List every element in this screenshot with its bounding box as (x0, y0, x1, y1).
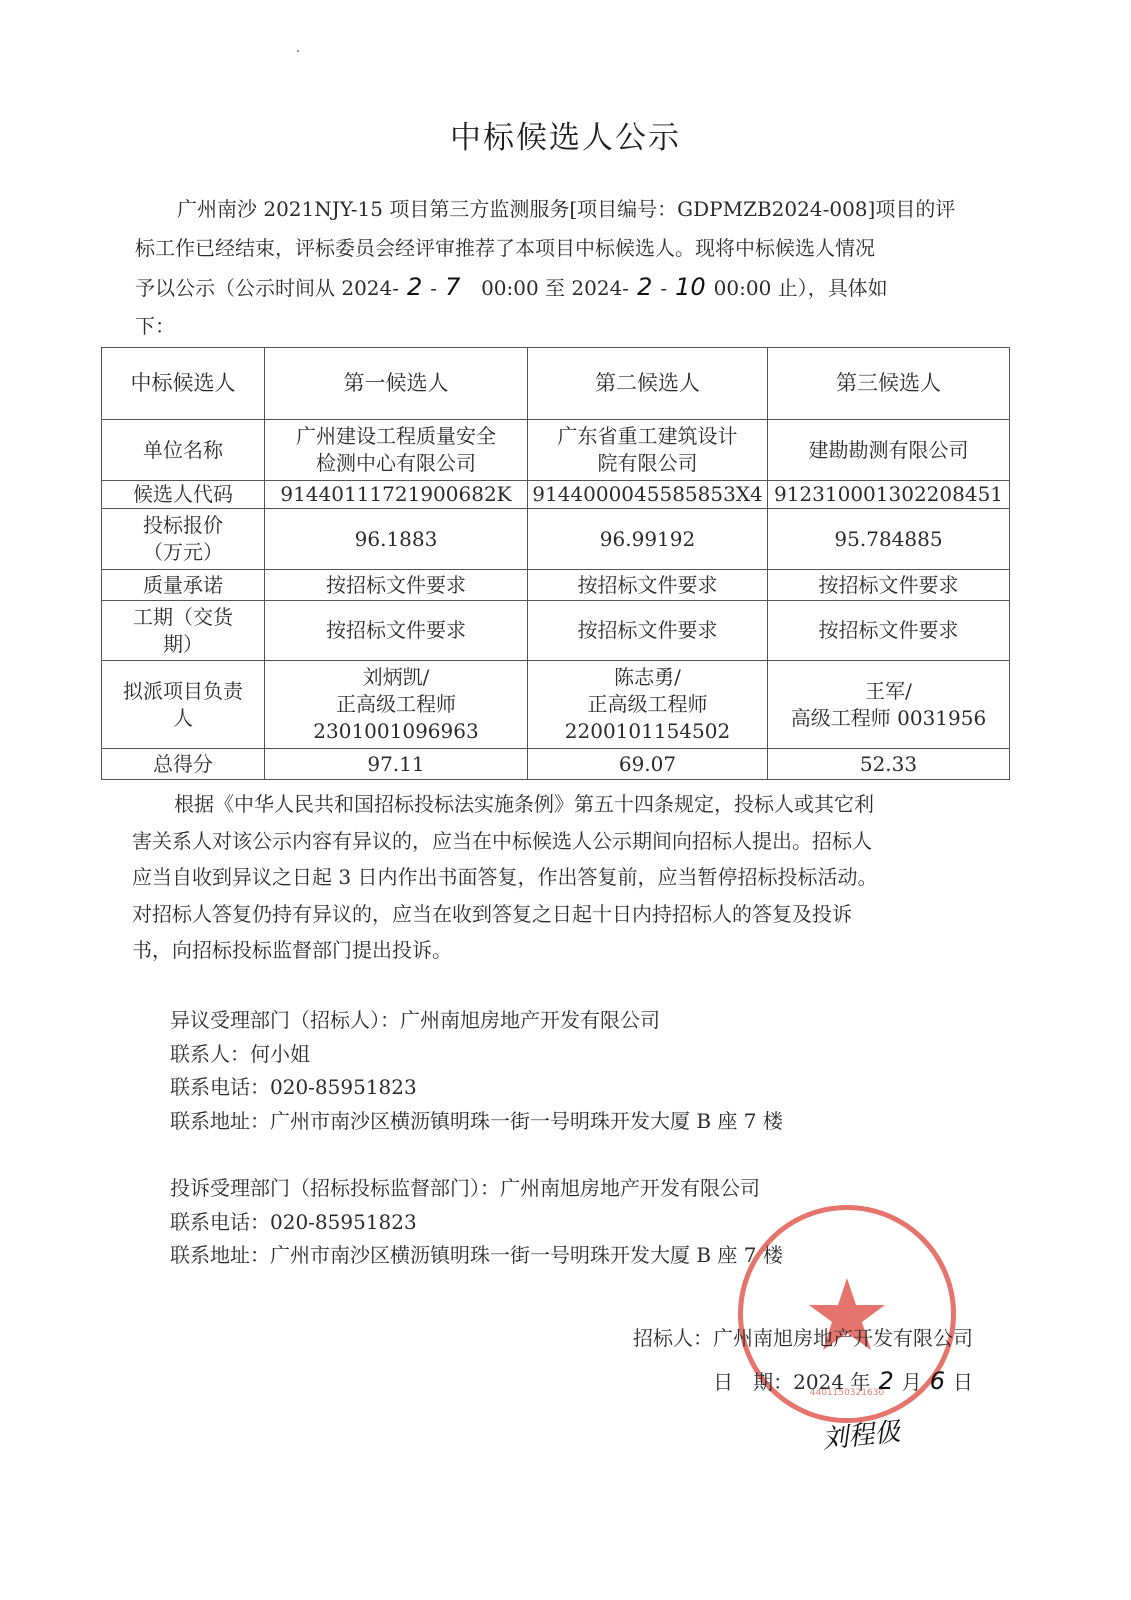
intro-paragraph: 广州南沙 2021NJY-15 项目第三方监测服务[项目编号：GDPMZB202… (135, 190, 980, 346)
candidates-table: 中标候选人 第一候选人 第二候选人 第三候选人 单位名称 广州建设工程质量安全检… (101, 347, 1010, 780)
table-row: 总得分 97.11 69.07 52.33 (102, 749, 1010, 780)
objection-dept: 异议受理部门（招标人）：广州南旭房地产开发有限公司 (170, 1004, 783, 1038)
objection-address: 联系地址：广州市南沙区横沥镇明珠一街一号明珠开发大厦 B 座 7 楼 (170, 1105, 783, 1139)
notice-line: 应当自收到异议之日起 3 日内作出书面答复，作出答复前，应当暂停招标投标活动。 (132, 859, 982, 896)
table-row: 单位名称 广州建设工程质量安全检测中心有限公司 广东省重工建筑设计院有限公司 建… (102, 420, 1010, 481)
scan-speck (297, 50, 299, 52)
notice-line: 对招标人答复仍持有异议的，应当在收到答复之日起十日内持招标人的答复及投诉 (132, 896, 982, 933)
handwritten-month: 2 (870, 1367, 901, 1395)
table-cell: 按招标文件要求 (528, 601, 768, 661)
table-row: 投标报价（万元） 96.1883 96.99192 95.784885 (102, 509, 1010, 570)
complaint-dept: 投诉受理部门（招标投标监督部门）：广州南旭房地产开发有限公司 (170, 1172, 783, 1206)
table-cell: 按招标文件要求 (768, 570, 1010, 601)
handwritten-end-month: 2 (629, 273, 660, 301)
table-cell: 9144000045585853X4 (528, 481, 768, 509)
row-label: 工期（交货期） (102, 601, 265, 661)
table-cell: 96.99192 (528, 509, 768, 570)
table-header-row: 中标候选人 第一候选人 第二候选人 第三候选人 (102, 348, 1010, 420)
intro-line: 广州南沙 2021NJY-15 项目第三方监测服务[项目编号：GDPMZB202… (135, 190, 980, 229)
table-cell: 95.784885 (768, 509, 1010, 570)
complaint-contact-block: 投诉受理部门（招标投标监督部门）：广州南旭房地产开发有限公司 联系电话：020-… (170, 1172, 783, 1273)
table-cell: 97.11 (265, 749, 528, 780)
intro-line: 标工作已经结束，评标委员会经评审推荐了本项目中标候选人。现将中标候选人情况 (135, 229, 980, 268)
objection-contact-block: 异议受理部门（招标人）：广州南旭房地产开发有限公司 联系人：何小姐 联系电话：0… (170, 1004, 783, 1138)
table-cell: 陈志勇/正高级工程师2200101154502 (528, 661, 768, 749)
row-label: 投标报价（万元） (102, 509, 265, 570)
issue-date: 日 期：2024 年2月6日 (713, 1366, 973, 1395)
table-cell: 52.33 (768, 749, 1010, 780)
table-cell: 刘炳凯/正高级工程师2301001096963 (265, 661, 528, 749)
table-row: 工期（交货期） 按招标文件要求 按招标文件要求 按招标文件要求 (102, 601, 1010, 661)
handwritten-end-day: 10 (667, 273, 714, 301)
notice-line: 害关系人对该公示内容有异议的，应当在中标候选人公示期间向招标人提出。招标人 (132, 823, 982, 860)
intro-line-dates: 予以公示（公示时间从 2024-2-7 00:00 至 2024-2-1000:… (135, 268, 980, 307)
table-cell: 广州建设工程质量安全检测中心有限公司 (265, 420, 528, 481)
handwritten-day: 6 (922, 1367, 953, 1395)
handwritten-signature: 刘程伋 (820, 1411, 901, 1456)
table-cell: 69.07 (528, 749, 768, 780)
table-cell: 建勘勘测有限公司 (768, 420, 1010, 481)
row-label: 拟派项目负责人 (102, 661, 265, 749)
header-cell: 第一候选人 (265, 348, 528, 420)
handwritten-start-month: 2 (399, 273, 430, 301)
notice-line: 书，向招标投标监督部门提出投诉。 (132, 932, 982, 969)
table-row: 拟派项目负责人 刘炳凯/正高级工程师2301001096963 陈志勇/正高级工… (102, 661, 1010, 749)
intro-line: 下： (135, 307, 980, 346)
row-label: 单位名称 (102, 420, 265, 481)
row-label: 候选人代码 (102, 481, 265, 509)
complaint-phone: 联系电话：020-85951823 (170, 1206, 783, 1240)
header-cell: 第二候选人 (528, 348, 768, 420)
table-cell: 912310001302208451 (768, 481, 1010, 509)
table-row: 质量承诺 按招标文件要求 按招标文件要求 按招标文件要求 (102, 570, 1010, 601)
notice-paragraph: 根据《中华人民共和国招标投标法实施条例》第五十四条规定，投标人或其它利 害关系人… (132, 786, 982, 969)
table-cell: 按招标文件要求 (265, 601, 528, 661)
table-cell: 96.1883 (265, 509, 528, 570)
table-cell: 广东省重工建筑设计院有限公司 (528, 420, 768, 481)
header-cell: 中标候选人 (102, 348, 265, 420)
row-label: 质量承诺 (102, 570, 265, 601)
table-cell: 按招标文件要求 (528, 570, 768, 601)
notice-line: 根据《中华人民共和国招标投标法实施条例》第五十四条规定，投标人或其它利 (132, 786, 982, 823)
table-row: 候选人代码 91440111721900682K 914400004558585… (102, 481, 1010, 509)
complaint-address: 联系地址：广州市南沙区横沥镇明珠一街一号明珠开发大厦 B 座 7 楼 (170, 1239, 783, 1273)
objection-phone: 联系电话：020-85951823 (170, 1071, 783, 1105)
handwritten-start-day: 7 (437, 273, 468, 301)
table-cell: 91440111721900682K (265, 481, 528, 509)
table-cell: 按招标文件要求 (768, 601, 1010, 661)
objection-contact-person: 联系人：何小姐 (170, 1038, 783, 1072)
row-label: 总得分 (102, 749, 265, 780)
table-cell: 按招标文件要求 (265, 570, 528, 601)
table-cell: 王军/高级工程师 0031956 (768, 661, 1010, 749)
tenderer-signature-line: 招标人：广州南旭房地产开发有限公司 (633, 1322, 973, 1351)
header-cell: 第三候选人 (768, 348, 1010, 420)
page-title: 中标候选人公示 (0, 112, 1131, 157)
